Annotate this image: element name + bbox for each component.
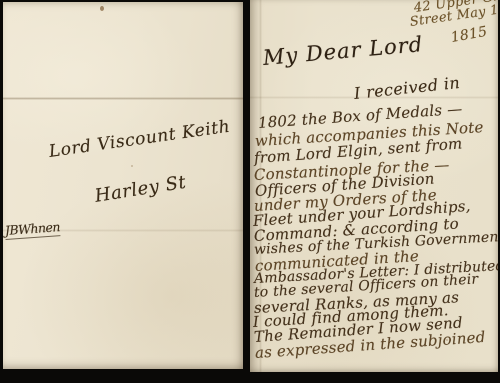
left-page: Lord Viscount Keith Harley St JBWhnen xyxy=(3,2,243,369)
salutation: My Dear Lord xyxy=(262,32,424,70)
fold-crease xyxy=(3,97,243,100)
addressee-street: Harley St xyxy=(93,172,187,207)
docket-signature: JBWhnen xyxy=(4,219,60,240)
ink-speck xyxy=(131,165,133,167)
addressee-name: Lord Viscount Keith xyxy=(48,117,232,162)
ink-speck xyxy=(100,6,104,11)
right-page: 42 Upper Grosvʳ Street May 12 1815 My De… xyxy=(250,0,498,372)
letter-scan: { "document": { "kind": "handwritten let… xyxy=(0,0,500,383)
dateline-year: 1815 xyxy=(450,24,489,46)
